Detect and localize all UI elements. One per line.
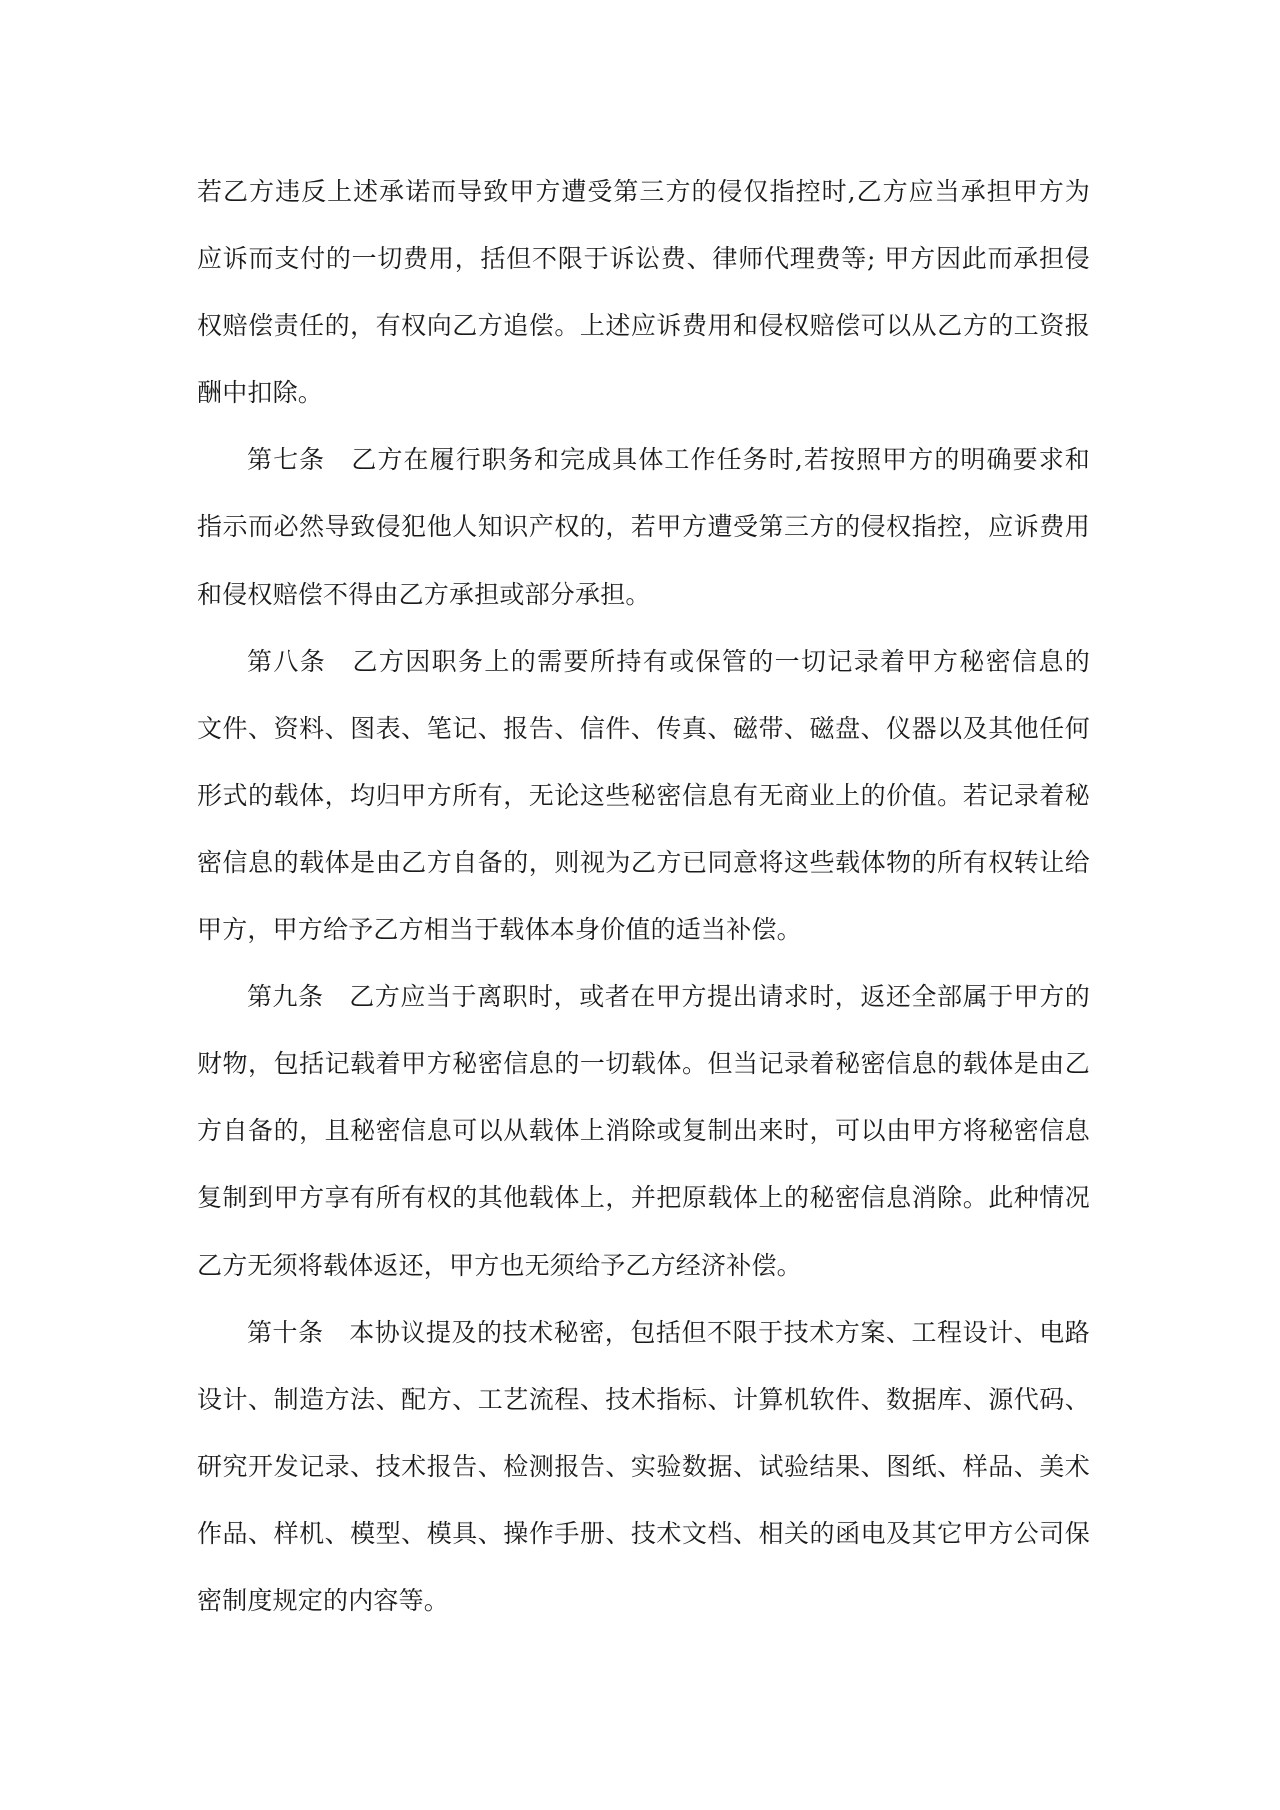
text-line: 复制到甲方享有所有权的其他载体上，并把原载体上的秘密信息消除。此种情况	[197, 1164, 1090, 1231]
paragraph-article-8: 第八条 乙方因职务上的需要所持有或保管的一切记录着甲方秘密信息的 文件、资料、图…	[197, 628, 1090, 963]
paragraph-article-7: 第七条 乙方在履行职务和完成具体工作任务时,若按照甲方的明确要求和 指示而必然导…	[197, 426, 1090, 627]
text-line: 文件、资料、图表、笔记、报告、信件、传真、磁带、磁盘、仪器以及其他任何	[197, 695, 1090, 762]
text-line: 指示而必然导致侵犯他人知识产权的，若甲方遭受第三方的侵权指控，应诉费用	[197, 493, 1090, 560]
text-line: 设计、制造方法、配方、工艺流程、技术指标、计算机软件、数据库、源代码、	[197, 1366, 1090, 1433]
text-line: 甲方，甲方给予乙方相当于载体本身价值的适当补偿。	[197, 896, 1090, 963]
article-heading-line: 第九条 乙方应当于离职时，或者在甲方提出请求时，返还全部属于甲方的	[197, 963, 1090, 1030]
text-line: 酬中扣除。	[197, 359, 1090, 426]
text-line: 形式的载体，均归甲方所有，无论这些秘密信息有无商业上的价值。若记录着秘	[197, 762, 1090, 829]
text-line: 财物，包括记载着甲方秘密信息的一切载体。但当记录着秘密信息的载体是由乙	[197, 1030, 1090, 1097]
document-page: 若乙方违反上述承诺而导致甲方遭受第三方的侵仅指控时,乙方应当承担甲方为 应诉而支…	[0, 0, 1280, 1810]
text-line: 应诉而支付的一切费用，括但不限于诉讼费、律师代理费等; 甲方因此而承担侵	[197, 225, 1090, 292]
text-line: 权赔偿责任的，有权向乙方追偿。上述应诉费用和侵权赔偿可以从乙方的工资报	[197, 292, 1090, 359]
text-line: 密制度规定的内容等。	[197, 1567, 1090, 1634]
text-line: 乙方无须将载体返还，甲方也无须给予乙方经济补偿。	[197, 1232, 1090, 1299]
text-line: 研究开发记录、技术报告、检测报告、实验数据、试验结果、图纸、样品、美术	[197, 1433, 1090, 1500]
text-line: 和侵权赔偿不得由乙方承担或部分承担。	[197, 561, 1090, 628]
document-body: 若乙方违反上述承诺而导致甲方遭受第三方的侵仅指控时,乙方应当承担甲方为 应诉而支…	[197, 158, 1090, 1634]
text-line: 若乙方违反上述承诺而导致甲方遭受第三方的侵仅指控时,乙方应当承担甲方为	[197, 158, 1090, 225]
article-heading-line: 第七条 乙方在履行职务和完成具体工作任务时,若按照甲方的明确要求和	[197, 426, 1090, 493]
text-line: 密信息的载体是由乙方自备的，则视为乙方已同意将这些载体物的所有权转让给	[197, 829, 1090, 896]
article-heading-line: 第十条 本协议提及的技术秘密，包括但不限于技术方案、工程设计、电路	[197, 1299, 1090, 1366]
paragraph-article-9: 第九条 乙方应当于离职时，或者在甲方提出请求时，返还全部属于甲方的 财物，包括记…	[197, 963, 1090, 1298]
paragraph-article-10: 第十条 本协议提及的技术秘密，包括但不限于技术方案、工程设计、电路 设计、制造方…	[197, 1299, 1090, 1634]
paragraph-article-6-continuation: 若乙方违反上述承诺而导致甲方遭受第三方的侵仅指控时,乙方应当承担甲方为 应诉而支…	[197, 158, 1090, 426]
text-line: 方自备的，且秘密信息可以从载体上消除或复制出来时，可以由甲方将秘密信息	[197, 1097, 1090, 1164]
article-heading-line: 第八条 乙方因职务上的需要所持有或保管的一切记录着甲方秘密信息的	[197, 628, 1090, 695]
text-line: 作品、样机、模型、模具、操作手册、技术文档、相关的函电及其它甲方公司保	[197, 1500, 1090, 1567]
